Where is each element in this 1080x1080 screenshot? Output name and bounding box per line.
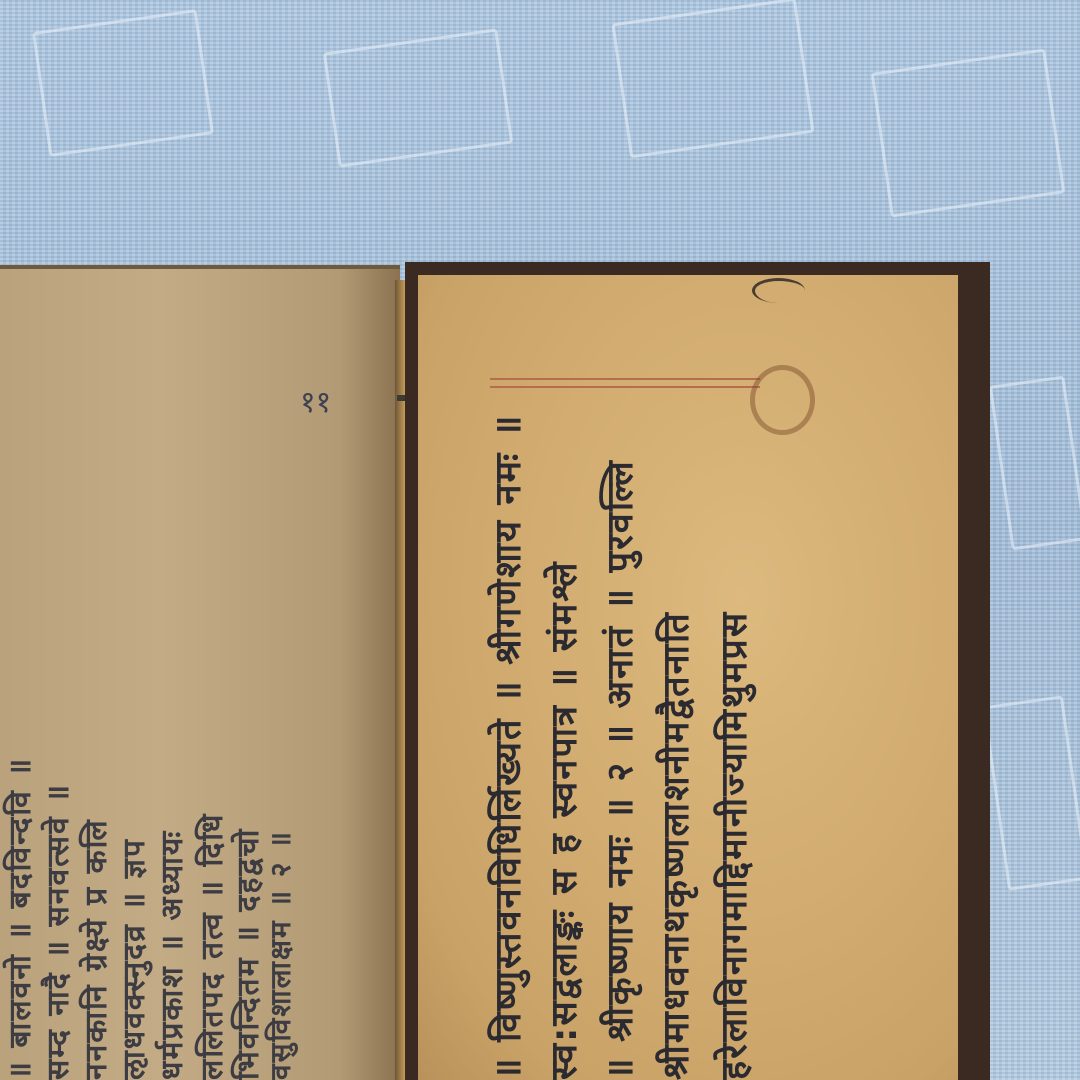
right-text-column: ॥ श्रीकृष्णाय नमः ॥ २ ॥ अनातं ॥ पुरवल्लि	[596, 392, 645, 1080]
left-text-column: ऌाधवक्स्नुदव्र ॥ ज्ञप	[114, 345, 155, 1080]
fabric-motif	[32, 9, 214, 157]
ink-flourish	[752, 278, 805, 303]
page-number: ११	[300, 380, 331, 421]
right-text-column: श्रीमाधवनाथकृष्णलाशनीमद्वैतनाति	[652, 392, 701, 1080]
left-text-column: धर्मप्रकाश ॥ अध्यायः	[152, 350, 193, 1080]
left-text-column: ॥ बालवनो ॥ बदविन्दवि ॥	[0, 330, 41, 1080]
right-text-column: हरेलाविनागमाद्दिमानीज्यामिथुमप्रस	[710, 392, 759, 1080]
fabric-motif	[323, 28, 513, 167]
water-stain	[750, 365, 815, 435]
left-text-column: सम्द नादै ॥ सनवत्सवे ॥	[38, 330, 79, 1080]
left-text-column: ललितपद तत्व ॥ दिधि	[192, 345, 233, 1080]
left-text-column: ननकानि ग्रेक्ष्ये प्र कलि	[76, 340, 117, 1080]
red-ruled-line	[490, 386, 760, 388]
right-text-column: स्व:सद्वलाङ्कः स ह स्वनपात्र ॥ संमश्ले	[540, 392, 589, 1080]
fabric-motif	[871, 48, 1066, 217]
red-ruled-line	[490, 378, 760, 380]
left-text-column: वसुविशालाक्षम ॥ २ ॥	[262, 350, 300, 1080]
fabric-motif	[611, 0, 814, 158]
right-text-column: ॥ विष्णुस्तवनविधिर्लिख्यते ॥ श्रीगणेशाय …	[484, 392, 533, 1080]
